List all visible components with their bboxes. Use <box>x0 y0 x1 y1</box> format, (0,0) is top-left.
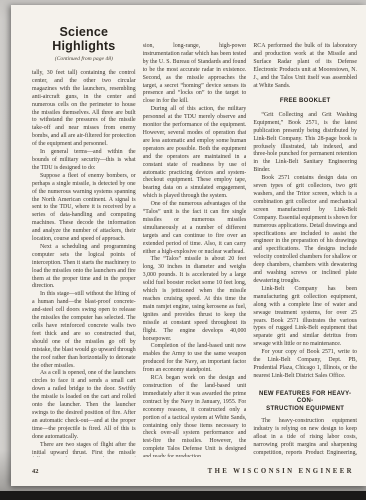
page-footer: 42 THE WISCONSIN ENGINEER <box>32 468 354 475</box>
column-right: RCA performed the bulk of its laboratory… <box>253 23 357 457</box>
text-columns: Science Highlights (Continued from page … <box>32 23 357 457</box>
paragraph: In general terms—and within the bounds o… <box>32 149 136 173</box>
section-heading-free-booklet: FREE BOOKLET <box>253 98 357 106</box>
paragraph: In this stage—still without the lifting … <box>32 291 136 370</box>
paragraph: During all of this action, the military … <box>143 106 247 201</box>
paragraph: There are two stages of flight after the… <box>32 442 136 457</box>
section-heading-new-features: NEW FEATURES FOR HEAVY-CON- STRUCTION EQ… <box>253 391 357 414</box>
paragraph: The heavy-construction equipment industr… <box>253 418 357 457</box>
paragraph: RCA performed the bulk of its laboratory… <box>253 43 357 90</box>
continued-from-note: (Continued from page 48) <box>32 56 136 62</box>
scan-edge-band <box>0 491 366 500</box>
paragraph: tally, 30 feet tall) containing the cont… <box>32 70 136 149</box>
paragraph: RCA began work on the design and constru… <box>143 375 247 457</box>
page-number: 42 <box>32 468 39 475</box>
column-middle: sion, long-range, high-power instrumenta… <box>143 23 247 457</box>
paragraph: Suppose a fleet of enemy bombers, or per… <box>32 173 136 244</box>
paragraph: Link-Belt Company has been manufacturing… <box>253 286 357 349</box>
paragraph: One of the numerous advantages of the “T… <box>143 201 247 256</box>
heading-line: NEW FEATURES FOR HEAVY-CON- <box>253 391 357 406</box>
paragraph: “Grit Collecting and Grit Washing Equipm… <box>253 112 357 175</box>
paragraph: sion, long-range, high-power instrumenta… <box>143 43 247 106</box>
paragraph: As a cell is opened, one of the launcher… <box>32 370 136 441</box>
magazine-name: THE WISCONSIN ENGINEER <box>208 468 354 475</box>
heading-line: STRUCTION EQUIPMENT <box>253 406 357 414</box>
paragraph: For your copy of Book 2571, write to the… <box>253 349 357 381</box>
article-title: Science Highlights <box>32 25 136 53</box>
paragraph: Completion of the land-based unit now en… <box>143 343 247 375</box>
paragraph: The “Talos” missile is about 20 feet lon… <box>143 256 247 343</box>
paragraph: Next a scheduling and programming comput… <box>32 244 136 291</box>
column-left: Science Highlights (Continued from page … <box>32 23 136 457</box>
magazine-page: Science Highlights (Continued from page … <box>11 5 366 486</box>
paragraph: Book 2571 contains design data on seven … <box>253 175 357 286</box>
